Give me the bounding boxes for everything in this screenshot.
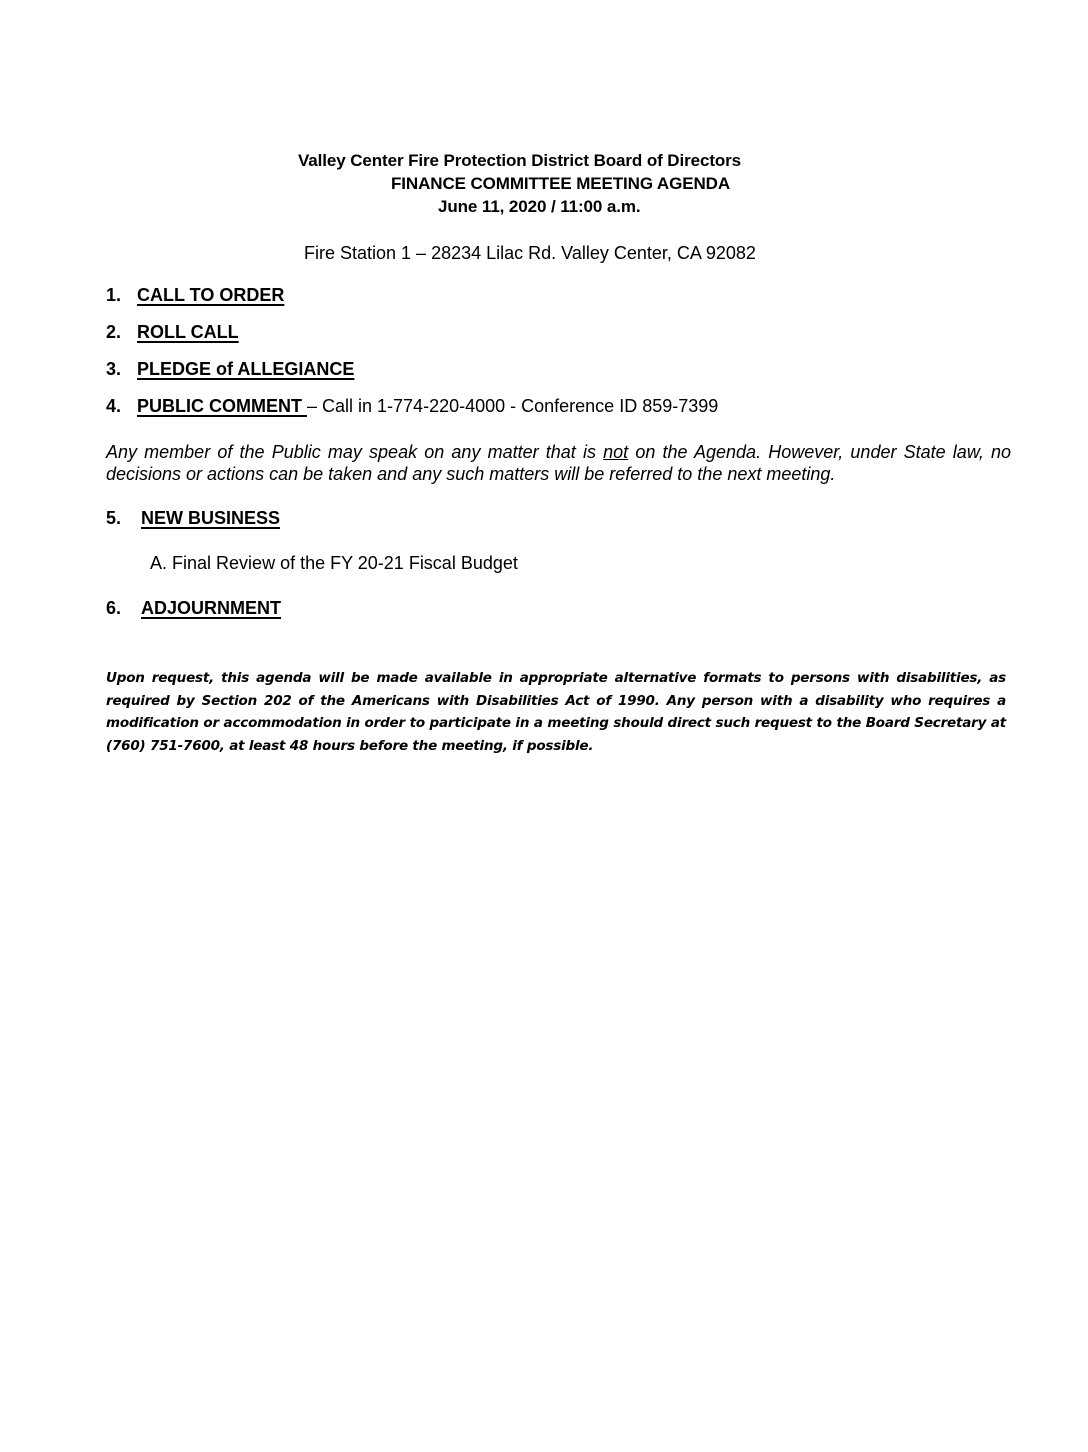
item-number: 6. (106, 598, 141, 619)
item-number: 1. (106, 285, 137, 306)
agenda-item-public-comment: 4.PUBLIC COMMENT – Call in 1-774-220-400… (106, 396, 718, 417)
item-number: 2. (106, 322, 137, 343)
item-label: ADJOURNMENT (141, 598, 281, 618)
ada-accessibility-notice: Upon request, this agenda will be made a… (106, 667, 1006, 757)
item-number: 5. (106, 508, 141, 529)
item-label: PLEDGE of ALLEGIANCE (137, 359, 354, 379)
item-label: NEW BUSINESS (141, 508, 280, 528)
new-business-subitem: A. Final Review of the FY 20-21 Fiscal B… (150, 553, 518, 574)
agenda-item-call-to-order: 1.CALL TO ORDER (106, 285, 284, 306)
note-text: Any member of the Public may speak on an… (106, 442, 603, 462)
subitem-text: Final Review of the FY 20-21 Fiscal Budg… (172, 553, 518, 573)
agenda-item-pledge: 3.PLEDGE of ALLEGIANCE (106, 359, 354, 380)
item-label: ROLL CALL (137, 322, 239, 342)
meeting-date-time: June 11, 2020 / 11:00 a.m. (438, 197, 641, 217)
note-emphasis: not (603, 442, 628, 462)
public-comment-note: Any member of the Public may speak on an… (106, 441, 1011, 485)
agenda-item-new-business: 5.NEW BUSINESS (106, 508, 280, 529)
item-number: 4. (106, 396, 137, 417)
organization-name: Valley Center Fire Protection District B… (298, 151, 741, 171)
call-in-info: – Call in 1-774-220-4000 - Conference ID… (307, 396, 718, 416)
agenda-item-roll-call: 2.ROLL CALL (106, 322, 239, 343)
item-label: PUBLIC COMMENT (137, 396, 307, 416)
subitem-letter: A. (150, 553, 167, 573)
agenda-page: Valley Center Fire Protection District B… (0, 0, 1088, 1452)
item-label: CALL TO ORDER (137, 285, 284, 305)
meeting-location: Fire Station 1 – 28234 Lilac Rd. Valley … (304, 243, 756, 264)
item-number: 3. (106, 359, 137, 380)
agenda-item-adjournment: 6.ADJOURNMENT (106, 598, 281, 619)
document-title: FINANCE COMMITTEE MEETING AGENDA (391, 174, 730, 194)
